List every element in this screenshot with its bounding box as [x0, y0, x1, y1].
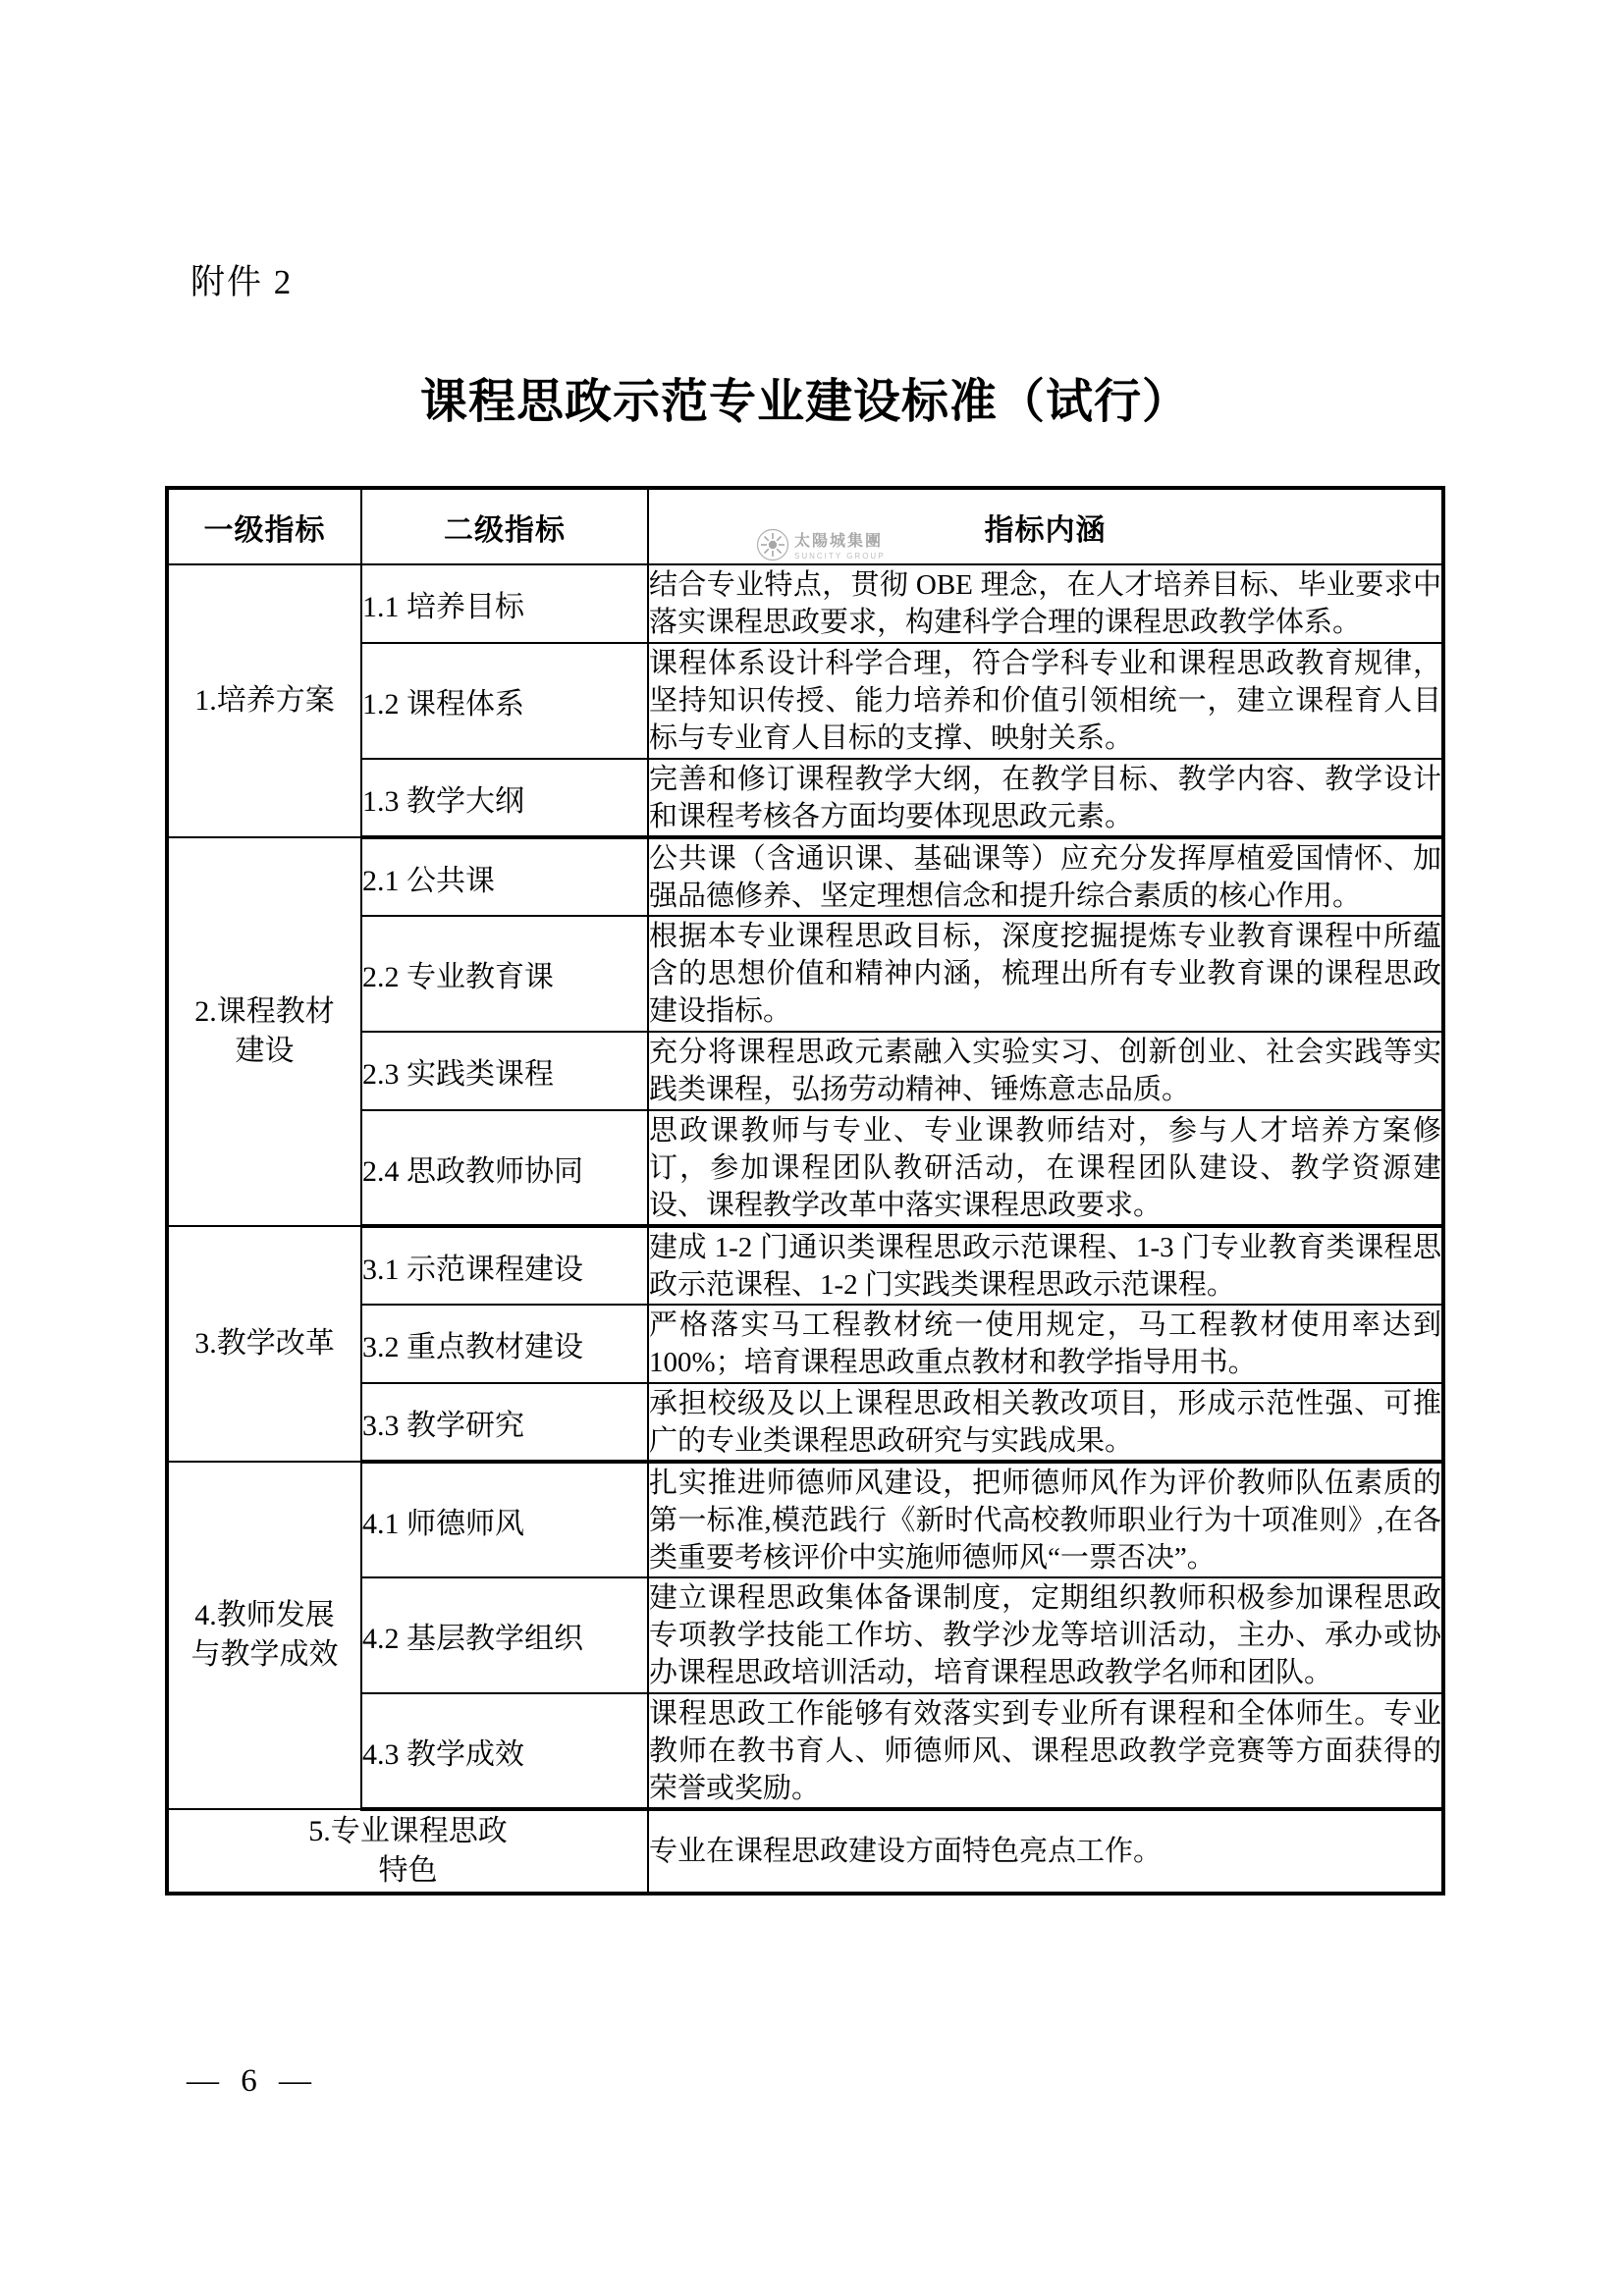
level2-label: 2.3 实践类课程: [361, 1032, 648, 1110]
level2-label: 1.2 课程体系: [361, 643, 648, 759]
attachment-label: 附件 2: [190, 255, 293, 304]
level2-label: 2.1 公共课: [361, 837, 648, 916]
table-row: 4.教师发展 与教学成效 4.1 师德师风 扎实推进师德师风建设，把师德师风作为…: [167, 1462, 1443, 1577]
table-row: 5.专业课程思政 特色 专业在课程思政建设方面特色亮点工作。: [167, 1809, 1443, 1894]
indicator-content: 完善和修订课程教学大纲，在教学目标、教学内容、教学设计和课程考核各方面均要体现思…: [648, 759, 1443, 837]
level2-label: 3.1 示范课程建设: [361, 1226, 648, 1305]
level1-cell-teacher-development: 4.教师发展 与教学成效: [167, 1462, 361, 1809]
document-page: 附件 2 课程思政示范专业建设标准（试行） 一级指标 二级指标 指标内涵 1.培…: [0, 0, 1624, 2296]
column-header-content: 指标内涵: [648, 488, 1443, 564]
indicator-content: 根据本专业课程思政目标，深度挖掘提炼专业教育课程中所蕴含的思想价值和精神内涵，梳…: [648, 916, 1443, 1032]
level2-label: 1.3 教学大纲: [361, 759, 648, 837]
level2-label: 2.4 思政教师协同: [361, 1110, 648, 1226]
indicator-content: 建立课程思政集体备课制度，定期组织教师积极参加课程思政专项教学技能工作坊、教学沙…: [648, 1577, 1443, 1693]
level1-cell-specialty-features: 5.专业课程思政 特色: [167, 1809, 648, 1894]
indicator-content: 充分将课程思政元素融入实验实习、创新创业、社会实践等实践类课程，弘扬劳动精神、锤…: [648, 1032, 1443, 1110]
indicator-content: 建成 1-2 门通识类课程思政示范课程、1-3 门专业教育类课程思政示范课程、1…: [648, 1226, 1443, 1305]
level2-label: 3.2 重点教材建设: [361, 1305, 648, 1383]
level1-cell-training-plan: 1.培养方案: [167, 564, 361, 837]
level2-label: 4.3 教学成效: [361, 1693, 648, 1809]
level1-cell-course-materials: 2.课程教材 建设: [167, 837, 361, 1226]
indicator-content: 思政课教师与专业、专业课教师结对，参与人才培养方案修订，参加课程团队教研活动，在…: [648, 1110, 1443, 1226]
column-header-level2: 二级指标: [361, 488, 648, 564]
indicator-content: 课程思政工作能够有效落实到专业所有课程和全体师生。专业教师在教书育人、师德师风、…: [648, 1693, 1443, 1809]
level2-label: 1.1 培养目标: [361, 564, 648, 643]
page-title: 课程思政示范专业建设标准（试行）: [0, 363, 1610, 431]
level1-cell-teaching-reform: 3.教学改革: [167, 1226, 361, 1462]
indicator-content: 公共课（含通识课、基础课等）应充分发挥厚植爱国情怀、加强品德修养、坚定理想信念和…: [648, 837, 1443, 916]
standards-table: 一级指标 二级指标 指标内涵 1.培养方案 1.1 培养目标 结合专业特点，贯彻…: [165, 486, 1445, 1896]
level2-label: 4.1 师德师风: [361, 1462, 648, 1577]
indicator-content: 扎实推进师德师风建设，把师德师风作为评价教师队伍素质的第一标准,模范践行《新时代…: [648, 1462, 1443, 1577]
column-header-level1: 一级指标: [167, 488, 361, 564]
indicator-content: 专业在课程思政建设方面特色亮点工作。: [648, 1809, 1443, 1894]
table-row: 1.培养方案 1.1 培养目标 结合专业特点，贯彻 OBE 理念，在人才培养目标…: [167, 564, 1443, 643]
indicator-content: 承担校级及以上课程思政相关教改项目，形成示范性强、可推广的专业类课程思政研究与实…: [648, 1383, 1443, 1462]
page-number: — 6 —: [187, 2063, 311, 2100]
level2-label: 2.2 专业教育课: [361, 916, 648, 1032]
table-header-row: 一级指标 二级指标 指标内涵: [167, 488, 1443, 564]
level2-label: 3.3 教学研究: [361, 1383, 648, 1462]
indicator-content: 结合专业特点，贯彻 OBE 理念，在人才培养目标、毕业要求中落实课程思政要求，构…: [648, 564, 1443, 643]
table-row: 2.课程教材 建设 2.1 公共课 公共课（含通识课、基础课等）应充分发挥厚植爱…: [167, 837, 1443, 916]
indicator-content: 严格落实马工程教材统一使用规定，马工程教材使用率达到 100%；培育课程思政重点…: [648, 1305, 1443, 1383]
table-row: 3.教学改革 3.1 示范课程建设 建成 1-2 门通识类课程思政示范课程、1-…: [167, 1226, 1443, 1305]
indicator-content: 课程体系设计科学合理，符合学科专业和课程思政教育规律，坚持知识传授、能力培养和价…: [648, 643, 1443, 759]
level2-label: 4.2 基层教学组织: [361, 1577, 648, 1693]
